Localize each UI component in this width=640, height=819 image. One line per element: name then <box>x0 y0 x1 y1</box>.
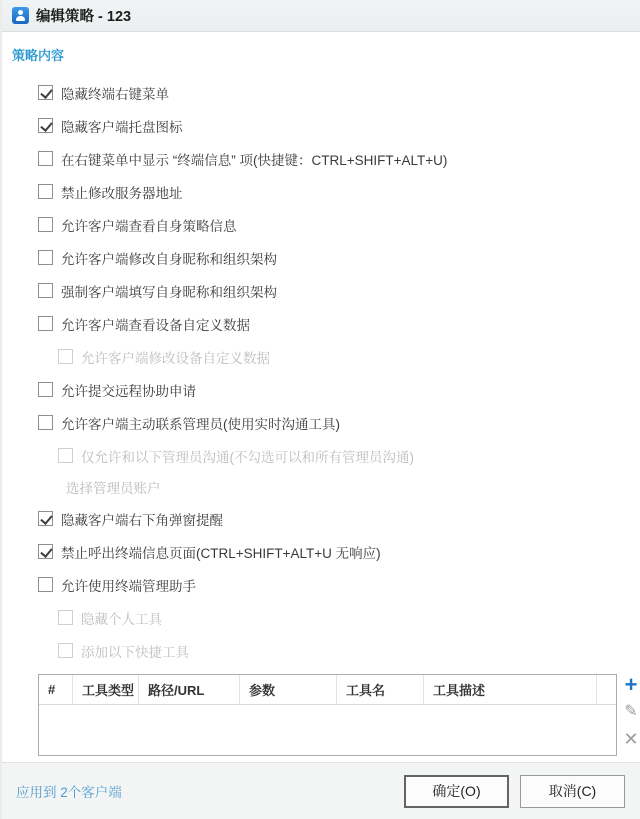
checkbox-checked[interactable] <box>38 544 53 559</box>
tab-policy-content: 策略内容 <box>12 45 640 64</box>
policy-person-icon <box>12 7 29 24</box>
checkbox-unchecked[interactable] <box>38 250 53 265</box>
quick-tools-actions: +✎✕ <box>622 674 640 750</box>
policy-checkbox-row: 添加以下快捷工具 <box>2 634 640 667</box>
checkbox-label: 允许提交远程协助申请 <box>61 380 196 400</box>
column-header: 路径/URL <box>139 675 240 704</box>
column-header: # <box>39 675 73 704</box>
policy-checkbox-row[interactable]: 在右键菜单中显示 “终端信息” 项(快捷键：CTRL+SHIFT+ALT+U) <box>2 142 640 175</box>
checkbox-label: 允许客户端查看设备自定义数据 <box>61 314 250 334</box>
checkbox-unchecked[interactable] <box>38 415 53 430</box>
checkbox-label: 仅允许和以下管理员沟通(不勾选可以和所有管理员沟通) <box>81 446 414 466</box>
checkbox-label: 隐藏客户端托盘图标 <box>61 116 183 136</box>
policy-checkbox-row[interactable]: 隐藏客户端右下角弹窗提醒 <box>2 502 640 535</box>
policy-checkbox-row[interactable]: 允许客户端主动联系管理员(使用实时沟通工具) <box>2 406 640 439</box>
policy-checkbox-row[interactable]: 允许使用终端管理助手 <box>2 568 640 601</box>
window-title: 编辑策略 - 123 <box>36 5 131 26</box>
close-icon[interactable]: ✕ <box>622 728 640 750</box>
policy-checkbox-row[interactable]: 允许客户端修改自身昵称和组织架构 <box>2 241 640 274</box>
checkbox-label: 允许使用终端管理助手 <box>61 575 196 595</box>
column-header: 工具描述 <box>424 675 597 704</box>
checkbox-unchecked <box>58 448 73 463</box>
checkbox-label: 强制客户端填写自身昵称和组织架构 <box>61 281 277 301</box>
checkbox-unchecked <box>58 643 73 658</box>
policy-checkbox-row: 允许客户端修改设备自定义数据 <box>2 340 640 373</box>
checkbox-unchecked[interactable] <box>38 577 53 592</box>
title-bar: 编辑策略 - 123 <box>2 0 640 32</box>
quick-tools-table: #工具类型路径/URL参数工具名工具描述 <box>38 674 617 756</box>
checkbox-unchecked[interactable] <box>38 217 53 232</box>
policy-checkbox-list: 隐藏终端右键菜单隐藏客户端托盘图标在右键菜单中显示 “终端信息” 项(快捷键：C… <box>2 76 640 667</box>
checkbox-unchecked[interactable] <box>38 382 53 397</box>
checkbox-unchecked <box>58 349 73 364</box>
policy-checkbox-row[interactable]: 隐藏终端右键菜单 <box>2 76 640 109</box>
checkbox-label: 禁止呼出终端信息页面(CTRL+SHIFT+ALT+U 无响应) <box>61 542 381 562</box>
column-header: 工具类型 <box>73 675 139 704</box>
checkbox-label: 隐藏终端右键菜单 <box>61 83 169 103</box>
checkbox-label: 禁止修改服务器地址 <box>61 182 183 202</box>
checkbox-checked[interactable] <box>38 85 53 100</box>
pencil-icon[interactable]: ✎ <box>622 701 640 723</box>
ok-button[interactable]: 确定(O) <box>404 775 509 808</box>
checkbox-unchecked <box>58 610 73 625</box>
checkbox-unchecked[interactable] <box>38 316 53 331</box>
policy-checkbox-row[interactable]: 强制客户端填写自身昵称和组织架构 <box>2 274 640 307</box>
checkbox-label: 允许客户端修改设备自定义数据 <box>81 347 270 367</box>
policy-checkbox-row[interactable]: 允许客户端查看自身策略信息 <box>2 208 640 241</box>
policy-checkbox-row: 隐藏个人工具 <box>2 601 640 634</box>
column-header: 工具名 <box>337 675 424 704</box>
checkbox-label: 隐藏客户端右下角弹窗提醒 <box>61 509 223 529</box>
quick-tools-table-header: #工具类型路径/URL参数工具名工具描述 <box>39 675 616 705</box>
client-count: 2个客户端 <box>60 785 122 800</box>
checkbox-unchecked[interactable] <box>38 184 53 199</box>
quick-tools-zone: #工具类型路径/URL参数工具名工具描述 +✎✕ <box>2 674 640 756</box>
policy-checkbox-row[interactable]: 禁止修改服务器地址 <box>2 175 640 208</box>
checkbox-label: 允许客户端修改自身昵称和组织架构 <box>61 248 277 268</box>
checkbox-unchecked[interactable] <box>38 283 53 298</box>
plus-icon[interactable]: + <box>622 674 640 696</box>
column-header: 参数 <box>240 675 337 704</box>
select-admin-link: 选择管理员账户 <box>2 472 640 502</box>
policy-checkbox-row[interactable]: 允许客户端查看设备自定义数据 <box>2 307 640 340</box>
checkbox-label: 隐藏个人工具 <box>81 608 162 628</box>
checkbox-label: 在右键菜单中显示 “终端信息” 项(快捷键：CTRL+SHIFT+ALT+U) <box>61 149 447 169</box>
checkbox-label: 允许客户端查看自身策略信息 <box>61 215 237 235</box>
policy-checkbox-row[interactable]: 禁止呼出终端信息页面(CTRL+SHIFT+ALT+U 无响应) <box>2 535 640 568</box>
dialog-footer: 应用到 2个客户端 确定(O) 取消(C) <box>2 762 640 819</box>
checkbox-checked[interactable] <box>38 118 53 133</box>
checkbox-checked[interactable] <box>38 511 53 526</box>
apply-prefix: 应用到 <box>16 785 60 800</box>
checkbox-label: 允许客户端主动联系管理员(使用实时沟通工具) <box>61 413 340 433</box>
checkbox-label: 添加以下快捷工具 <box>81 641 189 661</box>
policy-checkbox-row[interactable]: 隐藏客户端托盘图标 <box>2 109 640 142</box>
cancel-button[interactable]: 取消(C) <box>520 775 625 808</box>
policy-checkbox-row[interactable]: 允许提交远程协助申请 <box>2 373 640 406</box>
checkbox-unchecked[interactable] <box>38 151 53 166</box>
policy-checkbox-row: 仅允许和以下管理员沟通(不勾选可以和所有管理员沟通) <box>2 439 640 472</box>
applied-clients-link[interactable]: 应用到 2个客户端 <box>16 781 122 801</box>
